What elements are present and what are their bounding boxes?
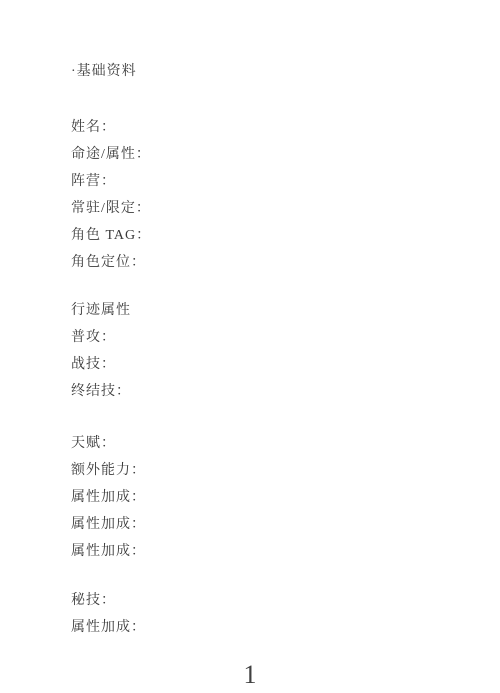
section-heading-trace-attributes: 行迹属性 <box>71 297 470 324</box>
field-label-technique: 秘技： <box>71 587 470 614</box>
field-label-stat-bonus-3: 属性加成： <box>71 538 470 565</box>
document-body: ·基础资料 姓名： 命途/属性： 阵营： 常驻/限定： 角色 TAG： 角色定位… <box>71 58 470 641</box>
field-label-skill: 战技： <box>71 351 470 378</box>
field-label-stat-bonus-4: 属性加成： <box>71 614 470 641</box>
section-heading-basic-info: ·基础资料 <box>71 58 470 85</box>
field-label-stat-bonus-1: 属性加成： <box>71 484 470 511</box>
document-page: ·基础资料 姓名： 命途/属性： 阵营： 常驻/限定： 角色 TAG： 角色定位… <box>0 0 500 693</box>
page-number: 1 <box>0 662 500 688</box>
field-label-permanent-limited: 常驻/限定： <box>71 195 470 222</box>
field-label-character-tag: 角色 TAG： <box>71 222 470 249</box>
field-label-character-role: 角色定位： <box>71 249 470 276</box>
field-label-basic-attack: 普攻： <box>71 324 470 351</box>
field-label-name: 姓名： <box>71 114 470 141</box>
field-label-talent: 天赋： <box>71 430 470 457</box>
field-label-stat-bonus-2: 属性加成： <box>71 511 470 538</box>
field-label-faction: 阵营： <box>71 168 470 195</box>
field-label-path-attribute: 命途/属性： <box>71 141 470 168</box>
field-label-ultimate: 终结技： <box>71 378 470 405</box>
field-label-extra-ability: 额外能力： <box>71 457 470 484</box>
